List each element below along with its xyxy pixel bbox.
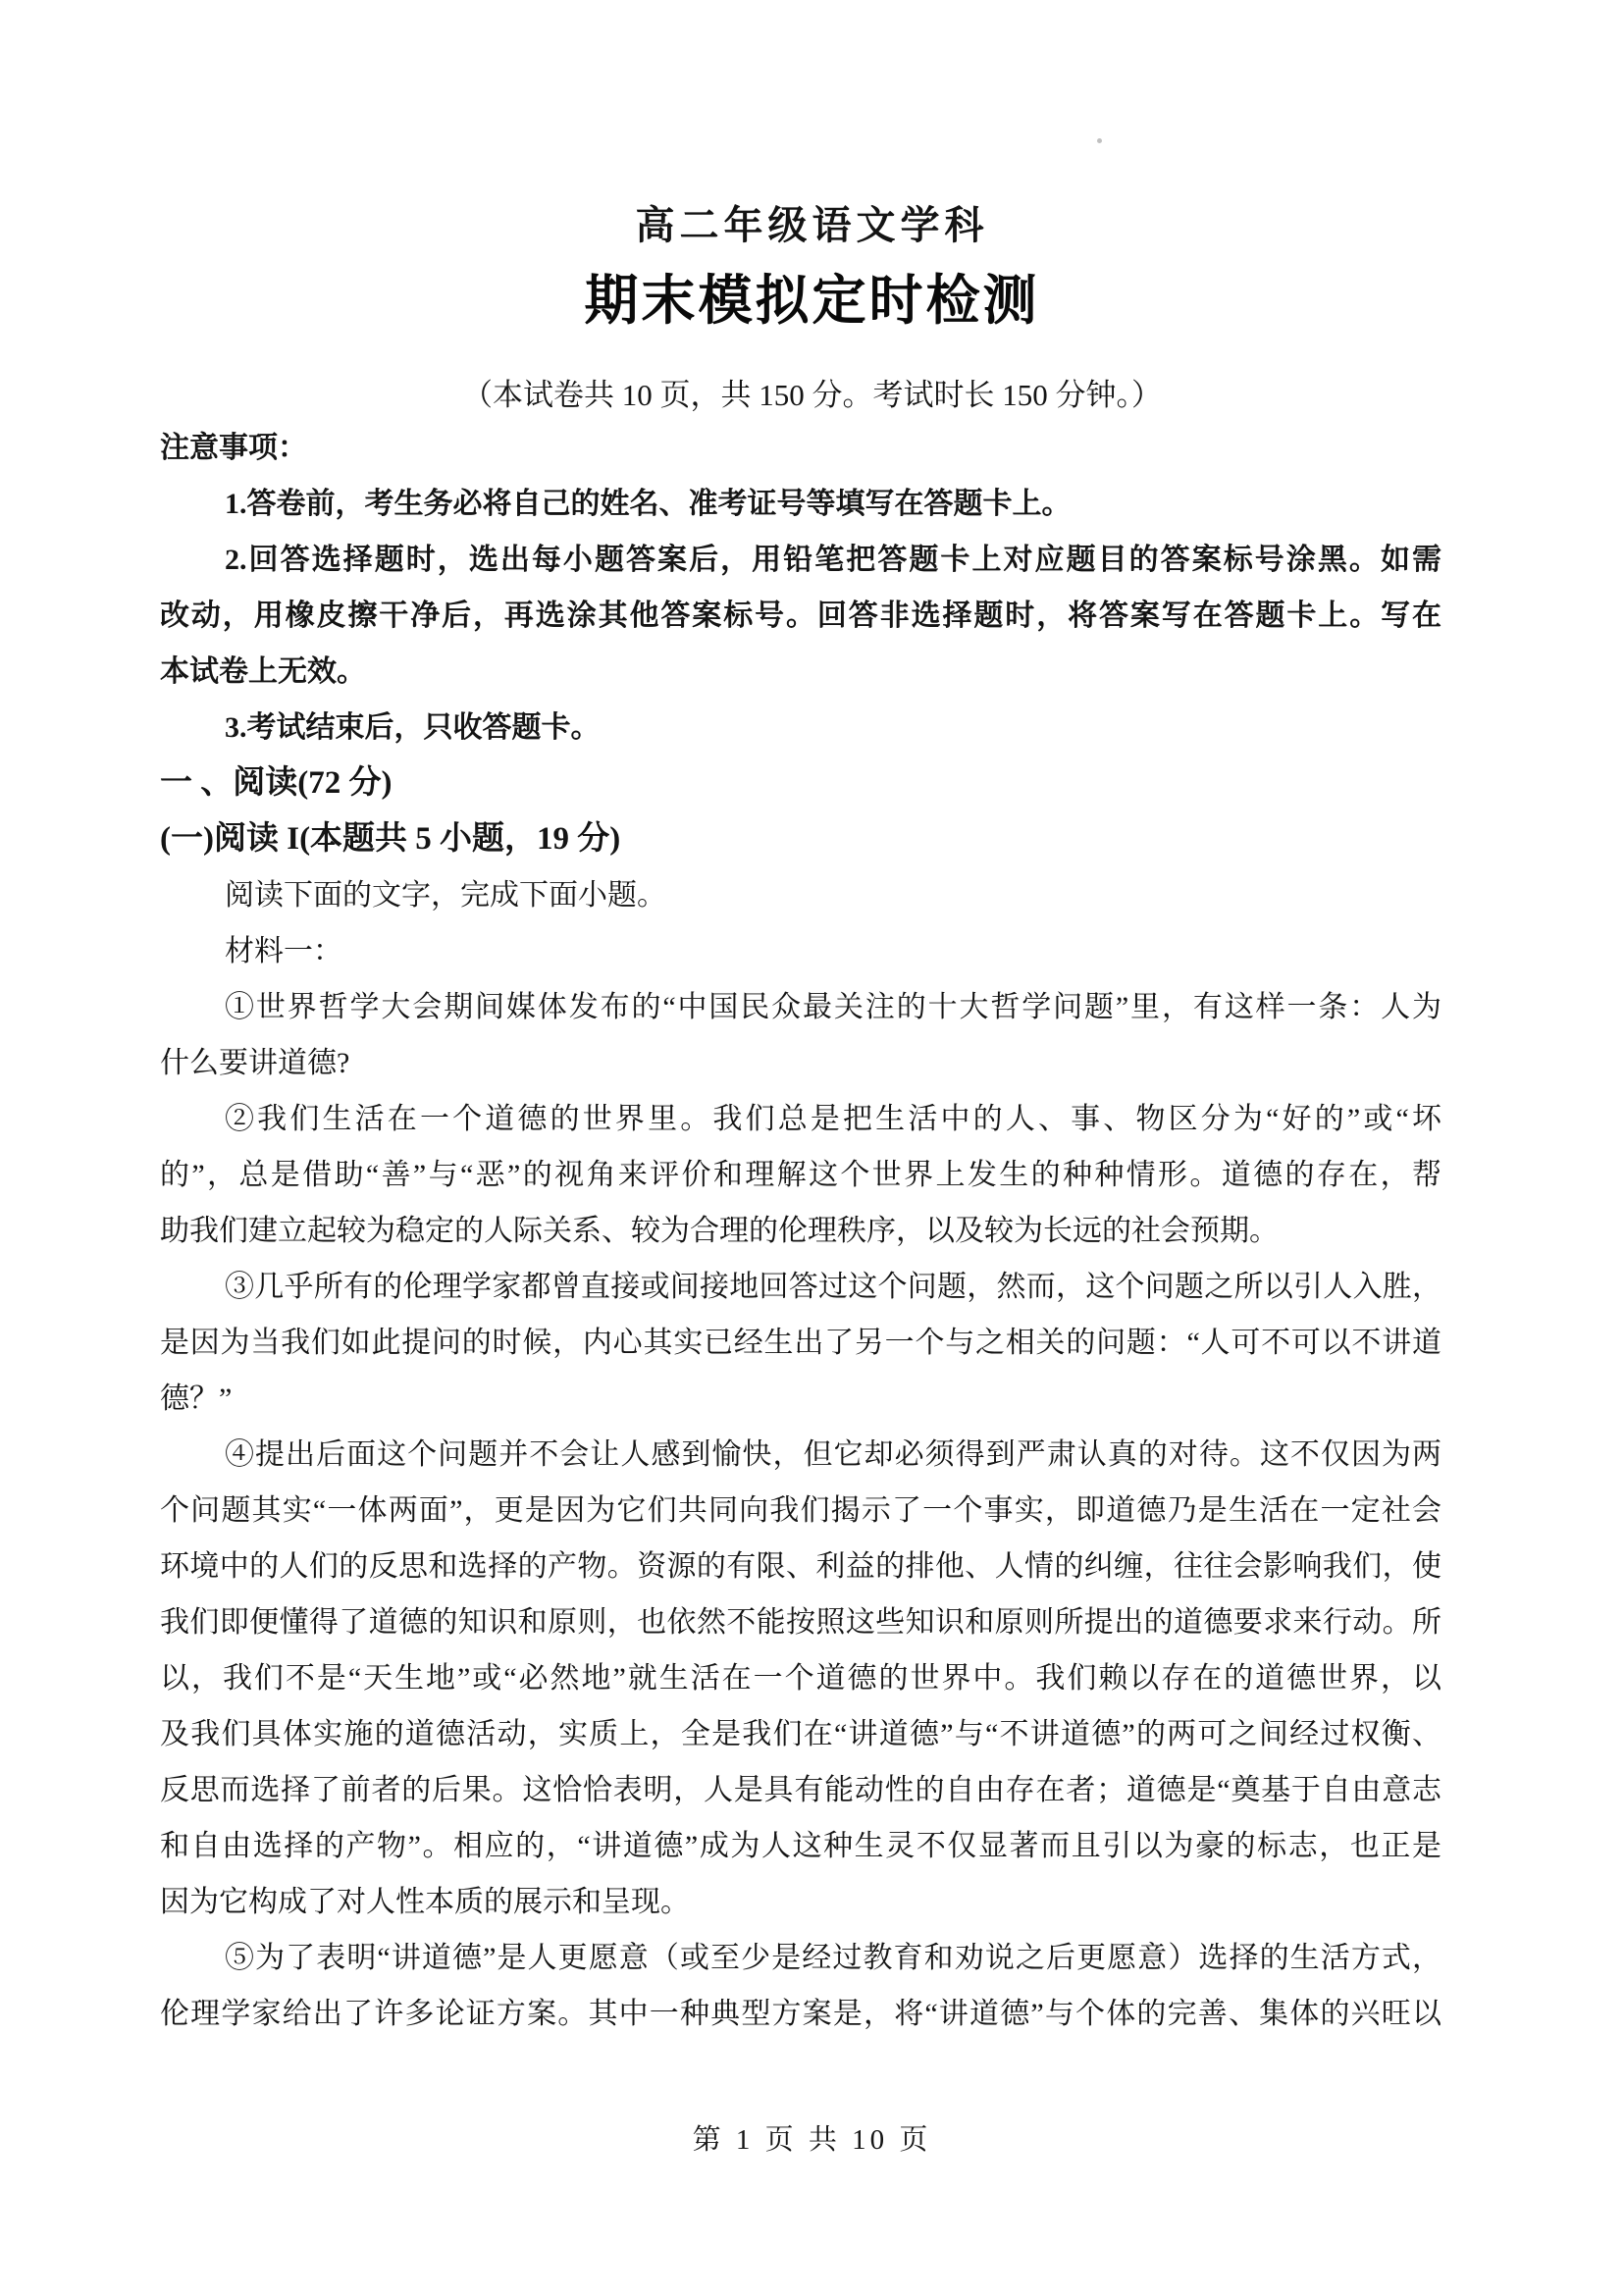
page-footer: 第 1 页 共 10 页: [0, 2117, 1624, 2158]
material-text-line: 环境中的人们的反思和选择的产物。资源的有限、利益的排他、人情的纠缠，往往会影响我…: [160, 1539, 1441, 1594]
material-text-line: 什么要讲道德?: [160, 1035, 1441, 1091]
document-body: 注意事项： 1.答卷前，考生务必将自己的姓名、准考证号等填写在答题卡上。2.回答…: [160, 420, 1441, 2042]
material-text-line: 的”，总是借助“善”与“恶”的视角来评价和理解这个世界上发生的种种情形。道德的存…: [160, 1147, 1441, 1203]
exam-paper-page: 高二年级语文学科 期末模拟定时检测 （本试卷共 10 页，共 150 分。考试时…: [0, 0, 1624, 2295]
course-title: 高二年级语文学科: [0, 194, 1624, 250]
section-heading-reading: 一 、阅读(72 分): [160, 756, 1441, 811]
material-text-line: ⑤为了表明“讲道德”是人更愿意（或至少是经过教育和劝说之后更愿意）选择的生活方式…: [160, 1930, 1441, 1986]
material-text-line: 个问题其实“一体两面”，更是因为它们共同向我们揭示了一个事实，即道德乃是生活在一…: [160, 1483, 1441, 1539]
notice-heading: 注意事项：: [160, 420, 1441, 476]
material-text-line: ③几乎所有的伦理学家都曾直接或间接地回答过这个问题，然而，这个问题之所以引人入胜…: [160, 1259, 1441, 1315]
stray-mark: [1097, 138, 1102, 143]
material-text-line: 助我们建立起较为稳定的人际关系、较为合理的伦理秩序，以及较为长远的社会预期。: [160, 1203, 1441, 1259]
notice-line: 改动，用橡皮擦干净后，再选涂其他答案标号。回答非选择题时，将答案写在答题卡上。写…: [160, 588, 1441, 644]
material-text-line: 是因为当我们如此提问的时候，内心其实已经生出了另一个与之相关的问题：“人可不可以…: [160, 1315, 1441, 1371]
material-text-line: ②我们生活在一个道德的世界里。我们总是把生活中的人、事、物区分为“好的”或“坏: [160, 1091, 1441, 1147]
material-text-line: 及我们具体实施的道德活动，实质上，全是我们在“讲道德”与“不讲道德”的两可之间经…: [160, 1706, 1441, 1762]
material-text-line: 反思而选择了前者的后果。这恰恰表明，人是具有能动性的自由存在者；道德是“奠基于自…: [160, 1762, 1441, 1818]
paper-info: （本试卷共 10 页，共 150 分。考试时长 150 分钟。）: [0, 370, 1624, 414]
material-text-line: 和自由选择的产物”。相应的，“讲道德”成为人这种生灵不仅显著而且引以为豪的标志，…: [160, 1818, 1441, 1874]
notice-line: 3.考试结束后，只收答题卡。: [160, 700, 1441, 756]
material-text-line: 因为它构成了对人性本质的展示和呈现。: [160, 1874, 1441, 1930]
exam-title: 期末模拟定时检测: [0, 257, 1624, 335]
material-text-line: 我们即便懂得了道德的知识和原则，也依然不能按照这些知识和原则所提出的道德要求来行…: [160, 1594, 1441, 1650]
subsection-heading-reading-1: (一)阅读 I(本题共 5 小题，19 分): [160, 811, 1441, 867]
material-text-line: 伦理学家给出了许多论证方案。其中一种典型方案是，将“讲道德”与个体的完善、集体的…: [160, 1986, 1441, 2042]
notice-line: 2.回答选择题时，选出每小题答案后，用铅笔把答题卡上对应题目的答案标号涂黑。如需: [160, 532, 1441, 588]
notice-line: 1.答卷前，考生务必将自己的姓名、准考证号等填写在答题卡上。: [160, 476, 1441, 532]
material-text-line: 以，我们不是“天生地”或“必然地”就生活在一个道德的世界中。我们赖以存在的道德世…: [160, 1650, 1441, 1706]
material-text-line: ①世界哲学大会期间媒体发布的“中国民众最关注的十大哲学问题”里，有这样一条：人为: [160, 979, 1441, 1035]
notice-block: 1.答卷前，考生务必将自己的姓名、准考证号等填写在答题卡上。2.回答选择题时，选…: [160, 476, 1441, 756]
reading-instruction: 阅读下面的文字，完成下面小题。: [160, 867, 1441, 923]
material-text-line: ④提出后面这个问题并不会让人感到愉快，但它却必须得到严肃认真的对待。这不仅因为两: [160, 1427, 1441, 1483]
material-one-block: ①世界哲学大会期间媒体发布的“中国民众最关注的十大哲学问题”里，有这样一条：人为…: [160, 979, 1441, 2042]
material-text-line: 德？”: [160, 1371, 1441, 1427]
material-one-label: 材料一：: [160, 923, 1441, 979]
notice-line: 本试卷上无效。: [160, 644, 1441, 700]
